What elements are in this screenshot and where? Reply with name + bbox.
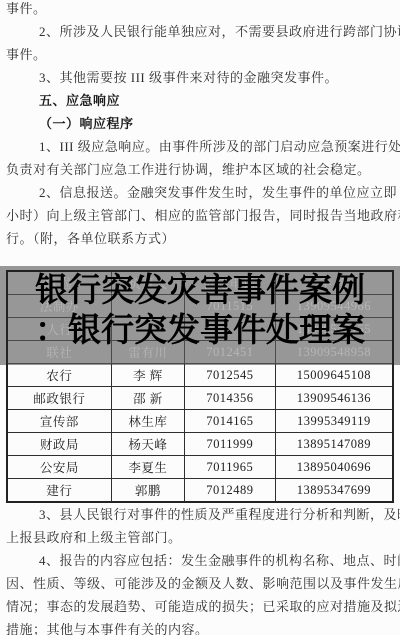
overlay-title-line-1: 银行突发灾害事件案例 xyxy=(0,270,400,310)
cell-person: 李 辉 xyxy=(111,364,184,387)
paragraph-line: 1、III 级应急响应。由事件所涉及的部门启动应急预案进行处置。县政府 xyxy=(0,135,400,158)
paragraph-line: 因、性质、等级、可能涉及的金额及人数、影响范围以及事件发生后的社会稳定 xyxy=(0,572,400,595)
cell-office: 7011965 xyxy=(185,456,276,479)
table-row: 建行 郭鹏 7012489 13895347699 xyxy=(7,479,393,503)
paragraph-line: 3、县人民银行对事件的性质及严重程度进行分析和判断，及时将有关信息 xyxy=(0,503,400,526)
section-heading: 五、应急响应 xyxy=(0,89,400,112)
table-row: 宣传部 林生库 7014165 13995349119 xyxy=(7,410,393,433)
table-row: 财政局 杨天峰 7011999 13895147089 xyxy=(7,433,393,456)
overlay-title-line-2: ：银行突发事件处理案 xyxy=(0,310,400,350)
cell-mobile: 13895147089 xyxy=(275,433,393,456)
paragraph-line: 4、报告的内容应包括：发生金融事件的机构名称、地点、时间；事件的原 xyxy=(0,549,400,572)
cell-mobile: 13995349119 xyxy=(275,410,393,433)
bottom-text-block: 3、县人民银行对事件的性质及严重程度进行分析和判断，及时将有关信息 上报县政府和… xyxy=(0,503,400,635)
cell-mobile: 13895040696 xyxy=(275,456,393,479)
paragraph-line: 上报县政府和上级主管部门。 xyxy=(0,526,400,549)
paragraph-line: 措施；其他与本事件有关的内容。 xyxy=(0,618,400,635)
top-text-block: 事件。 2、所涉及人民银行能单独应对，不需要县政府进行跨部门协调的金融突发 事件… xyxy=(0,0,400,250)
cell-unit: 宣传部 xyxy=(7,410,111,433)
paragraph-line: 事件。 xyxy=(0,0,400,20)
overlay-title: 银行突发灾害事件案例 ：银行突发事件处理案 xyxy=(0,270,400,350)
cell-unit: 公安局 xyxy=(7,456,111,479)
cell-mobile: 15009645108 xyxy=(275,364,393,387)
cell-unit: 邮政银行 xyxy=(7,387,111,410)
cell-office: 7012545 xyxy=(185,364,276,387)
cell-office: 7011999 xyxy=(185,433,276,456)
cell-unit: 建行 xyxy=(7,479,111,503)
paragraph-line: 3、其他需要按 III 级事件来对待的金融突发事件。 xyxy=(0,66,400,89)
cell-office: 7014165 xyxy=(185,410,276,433)
cell-mobile: 13909546136 xyxy=(275,387,393,410)
cell-person: 郭鹏 xyxy=(111,479,184,503)
table-row: 农行 李 辉 7012545 15009645108 xyxy=(7,364,393,387)
cell-unit: 农行 xyxy=(7,364,111,387)
cell-person: 林生库 xyxy=(111,410,184,433)
table-row: 邮政银行 邵 新 7014356 13909546136 xyxy=(7,387,393,410)
cell-person: 杨天峰 xyxy=(111,433,184,456)
paragraph-line: 小时）向上级主管部门、相应的监管部门报告，同时报告当地政府和同级人民银 xyxy=(0,204,400,227)
paragraph-line: 负责对有关部门应急工作进行协调，维护本区域的社会稳定。 xyxy=(0,158,400,181)
cell-person: 邵 新 xyxy=(111,387,184,410)
paragraph-line: 2、所涉及人民银行能单独应对，不需要县政府进行跨部门协调的金融突发 xyxy=(0,20,400,43)
cell-office: 7014356 xyxy=(185,387,276,410)
cell-office: 7012489 xyxy=(185,479,276,503)
cell-person: 李夏生 xyxy=(111,456,184,479)
cell-unit: 财政局 xyxy=(7,433,111,456)
paragraph-line: 2、信息报送。金融突发事件发生时，发生事件的单位应立即（最迟不超过1 xyxy=(0,181,400,204)
cell-mobile: 13895347699 xyxy=(275,479,393,503)
document-page: 事件。 2、所涉及人民银行能单独应对，不需要县政府进行跨部门协调的金融突发 事件… xyxy=(0,0,400,635)
paragraph-line: 情况；事态的发展趋势、可能造成的损失；已采取的应对措施及拟进一步采取的 xyxy=(0,595,400,618)
paragraph-line: 事件。 xyxy=(0,43,400,66)
paragraph-line: 行。（附，各单位联系方式） xyxy=(0,227,400,250)
subsection-heading: （一）响应程序 xyxy=(0,112,400,135)
table-row: 公安局 李夏生 7011965 13895040696 xyxy=(7,456,393,479)
